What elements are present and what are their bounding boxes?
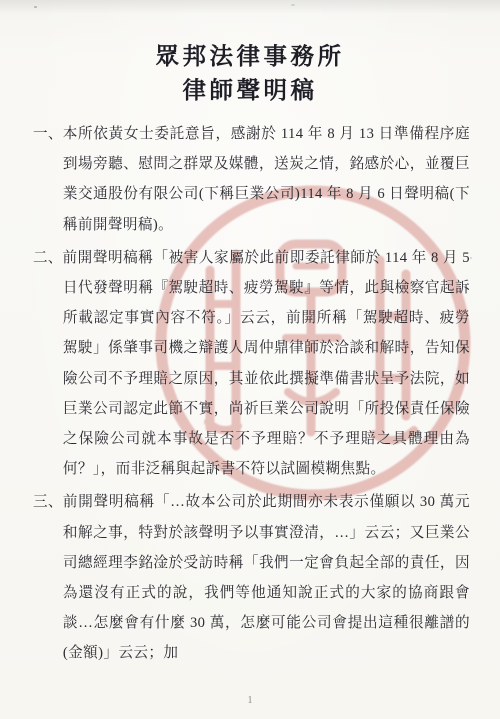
paragraph-3-text: 前開聲明稿稱「…故本公司於此期間亦未表示僅願以 30 萬元和解之事，特對於該聲明…: [63, 494, 470, 661]
paragraph-2-number: 二、: [33, 250, 63, 266]
paragraph-2-text: 前開聲明稿稱「被害人家屬於此前即委託律師於 114 年 8 月 5 日代發聲明稱…: [63, 250, 470, 477]
paragraph-2: 二、前開聲明稿稱「被害人家屬於此前即委託律師於 114 年 8 月 5 日代發聲…: [33, 243, 470, 485]
statement-body: 一、本所依黃女士委託意旨，感謝於 114 年 8 月 13 日準備程序庭到場旁聽…: [0, 119, 500, 669]
document-type-subtitle: 律師聲明稿: [0, 74, 500, 108]
paragraph-1-number: 一、: [33, 126, 63, 142]
paragraph-3: 三、前開聲明稿稱「…故本公司於此期間亦未表示僅願以 30 萬元和解之事，特對於該…: [33, 487, 470, 668]
document-page: 眾邦法律事務所 律師聲明稿 一、本所依黃女士委託意旨，感謝於 114 年 8 月…: [0, 0, 500, 719]
firm-name-title: 眾邦法律事務所: [0, 40, 500, 74]
paragraph-3-number: 三、: [33, 494, 63, 510]
document-header: 眾邦法律事務所 律師聲明稿: [0, 0, 500, 108]
page-number: 1: [0, 695, 500, 706]
paragraph-1: 一、本所依黃女士委託意旨，感謝於 114 年 8 月 13 日準備程序庭到場旁聽…: [33, 119, 470, 240]
paragraph-1-text: 本所依黃女士委託意旨，感謝於 114 年 8 月 13 日準備程序庭到場旁聽、慰…: [63, 126, 470, 233]
